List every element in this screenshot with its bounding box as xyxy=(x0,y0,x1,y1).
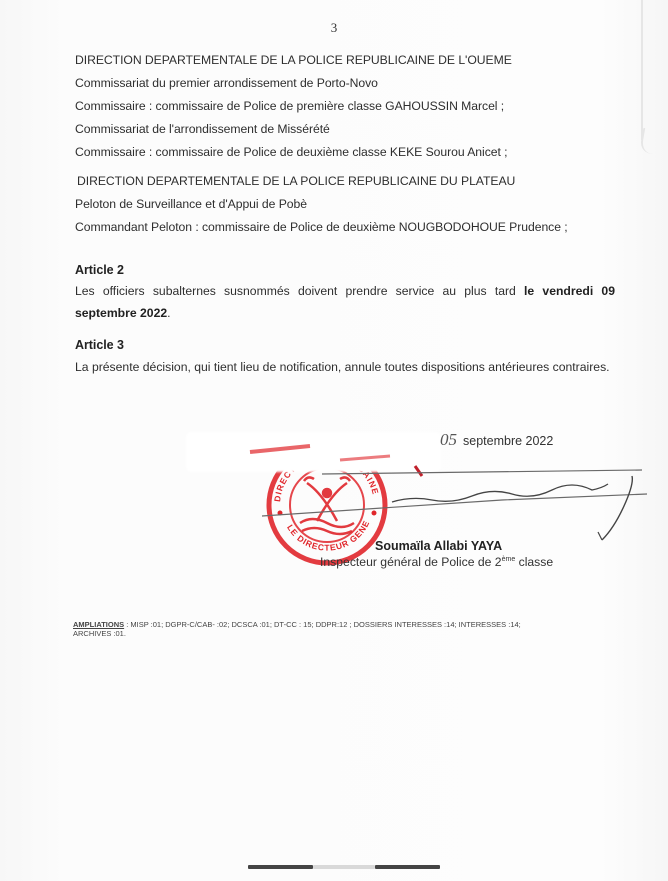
article-2-text: Les officiers subalternes susnommés doiv… xyxy=(75,280,615,324)
section-line: Commissaire : commissaire de Police de d… xyxy=(75,145,507,159)
page-corner-curl xyxy=(639,128,660,154)
article-2-title: Article 2 xyxy=(75,263,124,277)
signatory-title: Inspecteur général de Police de 2ème cla… xyxy=(320,555,553,569)
ampliations-text: : MISP :01; DGPR-C/CAB- :02; DCSCA :01; … xyxy=(73,620,521,638)
document-page: 3 DIRECTION DEPARTEMENTALE DE LA POLICE … xyxy=(0,0,668,881)
title-text: Inspecteur général de Police de 2 xyxy=(320,555,502,569)
page-bottom-mark xyxy=(248,865,313,869)
article-2-body: Les officiers subalternes susnommés doiv… xyxy=(75,284,524,298)
section-line: Commissariat du premier arrondissement d… xyxy=(75,76,378,90)
section-heading-plateau: DIRECTION DEPARTEMENTALE DE LA POLICE RE… xyxy=(77,174,515,188)
section-heading-oueme: DIRECTION DEPARTEMENTALE DE LA POLICE RE… xyxy=(75,53,512,67)
date-day: 05 xyxy=(440,430,457,449)
title-suffix: classe xyxy=(515,555,553,569)
title-superscript: ème xyxy=(502,556,516,563)
page-bottom-mark xyxy=(375,865,440,869)
ampliations: AMPLIATIONS : MISP :01; DGPR-C/CAB- :02;… xyxy=(73,620,543,638)
signature-date: 05septembre 2022 xyxy=(440,430,553,450)
section-line: Commissaire : commissaire de Police de p… xyxy=(75,99,504,113)
article-3-text: La présente décision, qui tient lieu de … xyxy=(75,356,615,378)
ampliations-label: AMPLIATIONS xyxy=(73,620,124,629)
date-month-year: septembre 2022 xyxy=(463,434,553,448)
section-line: Commandant Peloton : commissaire de Poli… xyxy=(75,220,568,234)
section-line: Commissariat de l'arrondissement de Miss… xyxy=(75,122,330,136)
signatory-name: Soumaïla Allabi YAYA xyxy=(375,539,502,553)
page-number: 3 xyxy=(0,20,668,36)
article-2-end: . xyxy=(167,306,170,320)
page-bottom-mark xyxy=(313,865,375,869)
section-line: Peloton de Surveillance et d'Appui de Po… xyxy=(75,197,307,211)
article-3-title: Article 3 xyxy=(75,338,124,352)
